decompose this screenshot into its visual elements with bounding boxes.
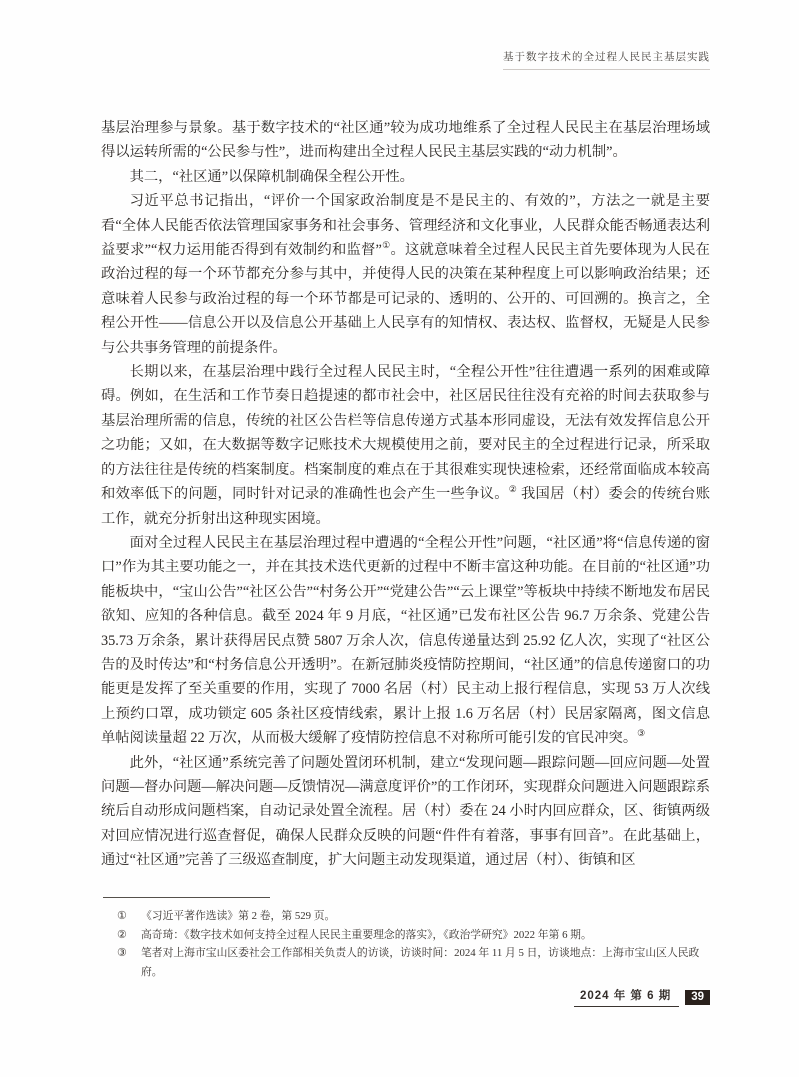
running-header: 基于数字技术的全过程人民民主基层实践 (503, 49, 710, 70)
footnote-item: ②高奇琦：《数字技术如何支持全过程人民民主重要理念的落实》，《政治学研究》202… (101, 926, 710, 945)
footnote-marker: ① (117, 907, 141, 926)
footnote-block: ①《习近平著作选读》第 2 卷，第 529 页。②高奇琦：《数字技术如何支持全过… (101, 897, 710, 981)
footnote-reference: ② (509, 484, 517, 494)
footnote-separator-rule (103, 897, 270, 898)
footnote-reference: ① (382, 240, 391, 250)
footnote-reference: ③ (637, 728, 645, 738)
document-page: 基于数字技术的全过程人民民主基层实践 基层治理参与景象。基于数字技术的“社区通”… (0, 0, 799, 1077)
page-footer: 2024 年 第 6 期 39 (574, 987, 710, 1007)
footnote-text: 高奇琦：《数字技术如何支持全过程人民民主重要理念的落实》，《政治学研究》2022… (141, 926, 710, 945)
paragraph: 其二，“社区通”以保障机制确保全程公开性。 (101, 165, 710, 189)
page-number-badge: 39 (685, 990, 710, 1005)
footnote-marker: ③ (117, 944, 141, 981)
paragraph: 此外，“社区通”系统完善了问题处置闭环机制，建立“发现问题—跟踪问题—回应问题—… (101, 751, 710, 873)
journal-issue-label: 2024 年 第 6 期 (574, 987, 679, 1007)
footnote-item: ①《习近平著作选读》第 2 卷，第 529 页。 (101, 907, 710, 926)
footnote-text: 《习近平著作选读》第 2 卷，第 529 页。 (141, 907, 710, 926)
paragraph: 长期以来，在基层治理中践行全过程人民民主时，“全程公开性”往往遭遇一系列的困难或… (101, 360, 710, 531)
article-body: 基层治理参与景象。基于数字技术的“社区通”较为成功地维系了全过程人民民主在基层治… (101, 116, 710, 873)
paragraph: 基层治理参与景象。基于数字技术的“社区通”较为成功地维系了全过程人民民主在基层治… (101, 116, 710, 165)
paragraph: 习近平总书记指出，“评价一个国家政治制度是不是民主的、有效的”，方法之一就是主要… (101, 189, 710, 360)
footnote-item: ③笔者对上海市宝山区委社会工作部相关负责人的访谈，访谈时间：2024 年 11 … (101, 944, 710, 981)
footnote-list: ①《习近平著作选读》第 2 卷，第 529 页。②高奇琦：《数字技术如何支持全过… (101, 907, 710, 981)
paragraph: 面对全过程人民民主在基层治理过程中遭遇的“全程公开性”问题，“社区通”将“信息传… (101, 531, 710, 751)
footnote-marker: ② (117, 926, 141, 945)
footnote-text: 笔者对上海市宝山区委社会工作部相关负责人的访谈，访谈时间：2024 年 11 月… (141, 944, 710, 981)
